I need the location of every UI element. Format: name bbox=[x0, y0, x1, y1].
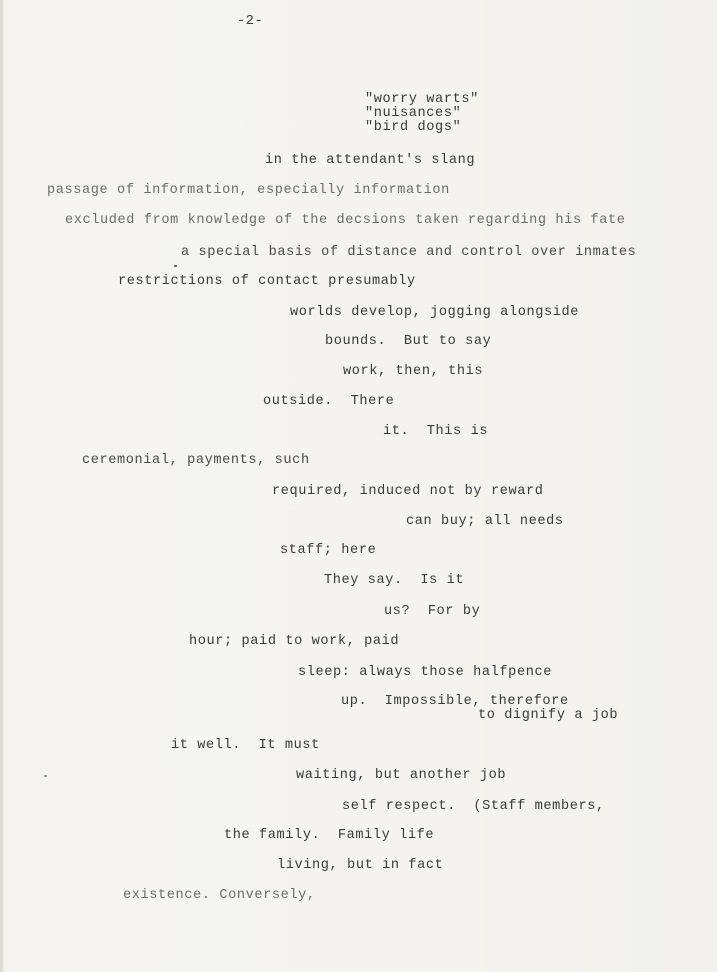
text-line: up. Impossible, therefore bbox=[341, 695, 569, 709]
quoted-term: "bird dogs" bbox=[365, 121, 461, 135]
page-edge bbox=[0, 0, 3, 972]
text-line: passage of information, especially infor… bbox=[47, 184, 450, 198]
page-number: -2- bbox=[237, 15, 263, 29]
text-line: self respect. (Staff members, bbox=[342, 800, 605, 814]
text-line: the family. Family life bbox=[224, 829, 434, 843]
text-line: bounds. But to say bbox=[325, 335, 491, 349]
text-line: waiting, but another job bbox=[296, 769, 506, 783]
ink-speck bbox=[174, 265, 177, 267]
text-line: ceremonial, payments, such bbox=[82, 454, 310, 468]
text-line: existence. Conversely, bbox=[123, 889, 316, 903]
text-line: to dignify a job bbox=[478, 709, 618, 723]
quoted-term: "worry warts" bbox=[365, 93, 479, 107]
ink-speck bbox=[44, 775, 47, 777]
text-line: it. This is bbox=[383, 425, 488, 439]
text-line: living, but in fact bbox=[277, 859, 443, 873]
text-line: sleep: always those halfpence bbox=[298, 666, 552, 680]
text-line: restrictions of contact presumably bbox=[118, 275, 416, 289]
typed-page: -2- "worry warts" "nuisances" "bird dogs… bbox=[0, 0, 717, 972]
text-line: us? For by bbox=[384, 605, 480, 619]
text-line: worlds develop, jogging alongside bbox=[290, 306, 579, 320]
text-line: it well. It must bbox=[171, 739, 320, 753]
text-line: excluded from knowledge of the decsions … bbox=[65, 214, 625, 228]
text-line: required, induced not by reward bbox=[272, 485, 544, 499]
text-line: in the attendant's slang bbox=[265, 154, 475, 168]
text-line: hour; paid to work, paid bbox=[189, 635, 399, 649]
text-line: They say. Is it bbox=[324, 574, 464, 588]
text-line: staff; here bbox=[280, 544, 376, 558]
text-line: work, then, this bbox=[343, 365, 483, 379]
text-line: outside. There bbox=[263, 395, 394, 409]
text-line: a special basis of distance and control … bbox=[181, 246, 636, 260]
quoted-term: "nuisances" bbox=[365, 107, 461, 121]
text-line: can buy; all needs bbox=[406, 515, 564, 529]
